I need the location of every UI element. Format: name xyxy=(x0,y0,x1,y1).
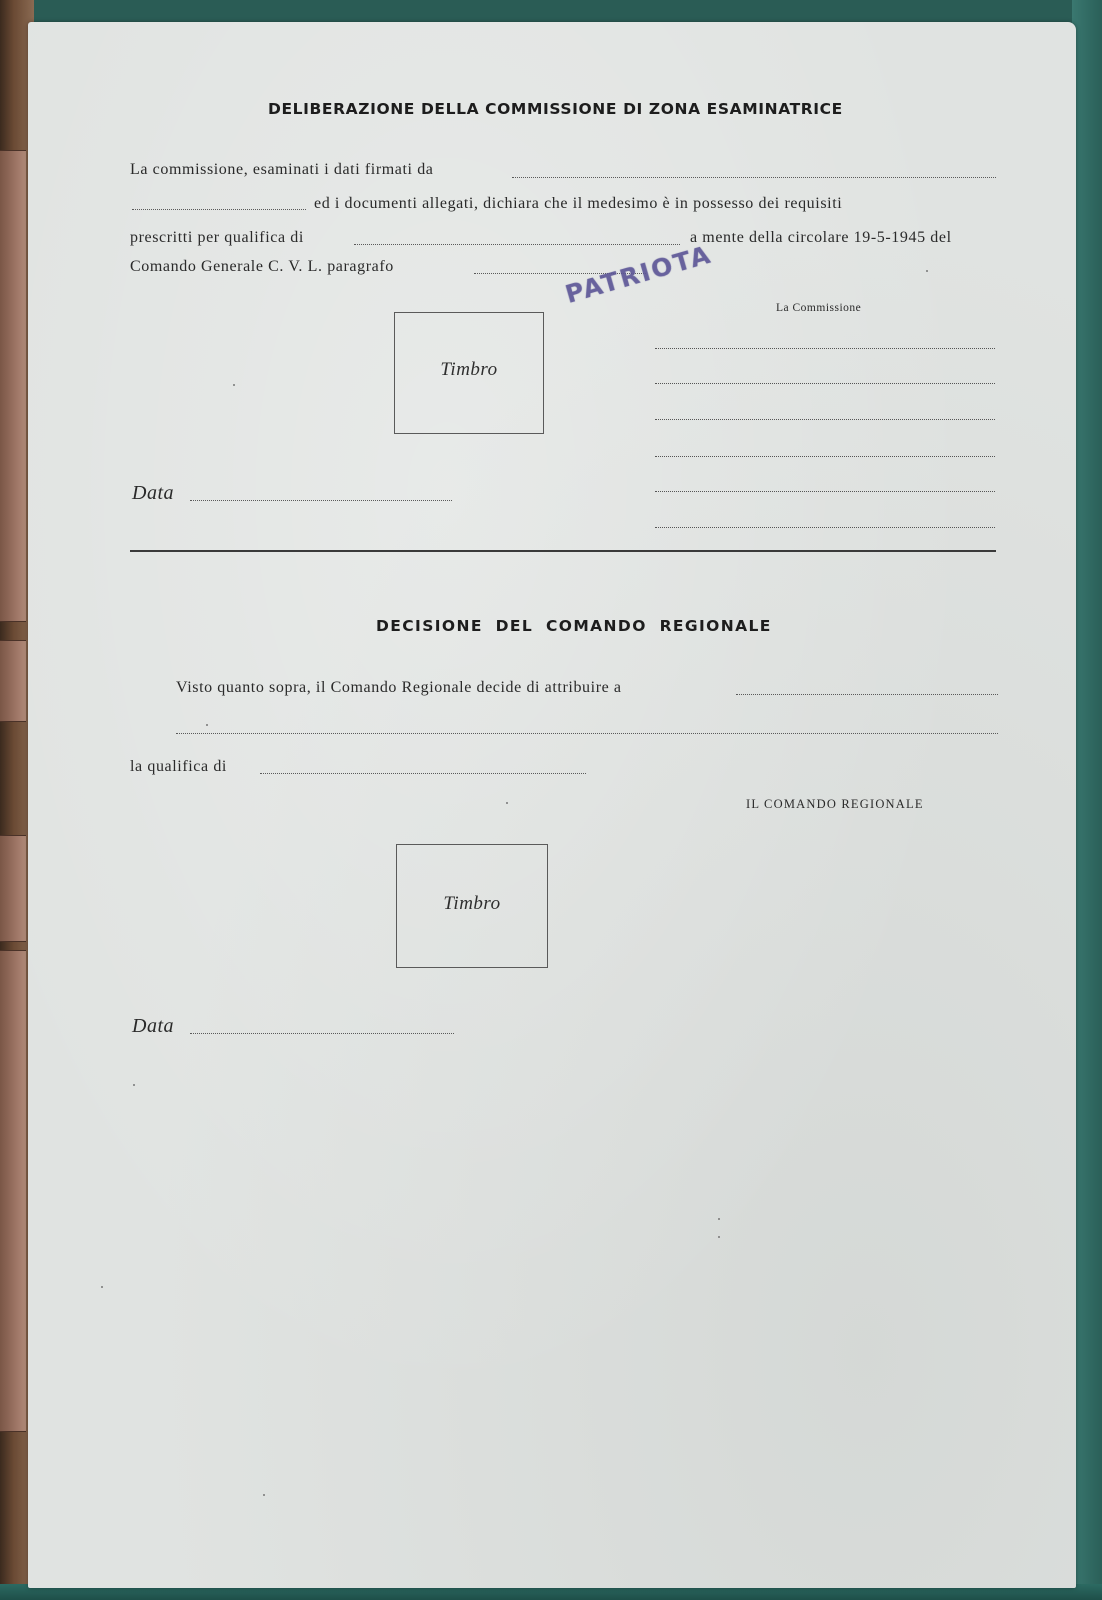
commission-signature-line-2[interactable] xyxy=(655,383,995,384)
paper-speck xyxy=(263,1494,265,1496)
signed-by-field-continued[interactable] xyxy=(132,209,306,210)
section1-line2-text: ed i documenti allegati, dichiara che il… xyxy=(314,195,842,213)
background-teal-right xyxy=(1072,0,1102,1600)
stamp-box-label: Timbro xyxy=(397,893,547,915)
qualification-field[interactable] xyxy=(354,244,680,245)
paper-speck xyxy=(718,1236,720,1238)
binder-strip-bottom xyxy=(0,950,26,1432)
section2-line3-text: la qualifica di xyxy=(130,758,227,776)
section1-line3-text-b: a mente della circolare 19-5-1945 del xyxy=(690,229,952,247)
section1-line4-text: Comando Generale C. V. L. paragrafo xyxy=(130,258,394,276)
paper-speck xyxy=(133,1084,135,1086)
stamp-box-label: Timbro xyxy=(395,359,543,381)
regional-command-label: IL COMANDO REGIONALE xyxy=(746,797,924,812)
paper-speck xyxy=(718,1218,720,1220)
regional-qualification-field[interactable] xyxy=(260,773,586,774)
date-label-section1: Data xyxy=(132,482,174,505)
recipient-field-continued[interactable] xyxy=(176,733,998,734)
paper-speck xyxy=(206,724,208,726)
commission-signature-line-4[interactable] xyxy=(655,456,995,457)
stamp-box-section2: Timbro xyxy=(396,844,548,968)
patriota-stamp: PATRIOTA xyxy=(562,240,715,309)
paper-speck xyxy=(506,802,508,804)
commission-label: La Commissione xyxy=(776,302,861,314)
paper-speck xyxy=(233,384,235,386)
commission-signature-line-1[interactable] xyxy=(655,348,995,349)
date-field-section1[interactable] xyxy=(190,500,452,501)
binder-strip-upper xyxy=(0,150,26,622)
binder-strip-lower xyxy=(0,835,26,942)
date-field-section2[interactable] xyxy=(190,1033,454,1034)
section1-line3-text-a: prescritti per qualifica di xyxy=(130,229,304,247)
commission-signature-line-5[interactable] xyxy=(655,491,995,492)
binder-strip-mid xyxy=(0,640,26,722)
section2-line1-text: Visto quanto sopra, il Comando Regionale… xyxy=(176,679,622,697)
recipient-field[interactable] xyxy=(736,694,998,695)
stamp-box-section1: Timbro xyxy=(394,312,544,434)
commission-signature-line-6[interactable] xyxy=(655,527,995,528)
section1-title: DELIBERAZIONE DELLA COMMISSIONE DI ZONA … xyxy=(268,100,843,118)
commission-signature-line-3[interactable] xyxy=(655,419,995,420)
document-page: DELIBERAZIONE DELLA COMMISSIONE DI ZONA … xyxy=(28,22,1076,1588)
paper-speck xyxy=(101,1286,103,1288)
paper-speck xyxy=(926,270,928,272)
date-label-section2: Data xyxy=(132,1015,174,1038)
section1-line1-text: La commissione, esaminati i dati firmati… xyxy=(130,161,434,179)
section2-title: DECISIONE DEL COMANDO REGIONALE xyxy=(376,617,772,635)
section-divider xyxy=(130,550,996,552)
signed-by-field[interactable] xyxy=(512,177,996,178)
